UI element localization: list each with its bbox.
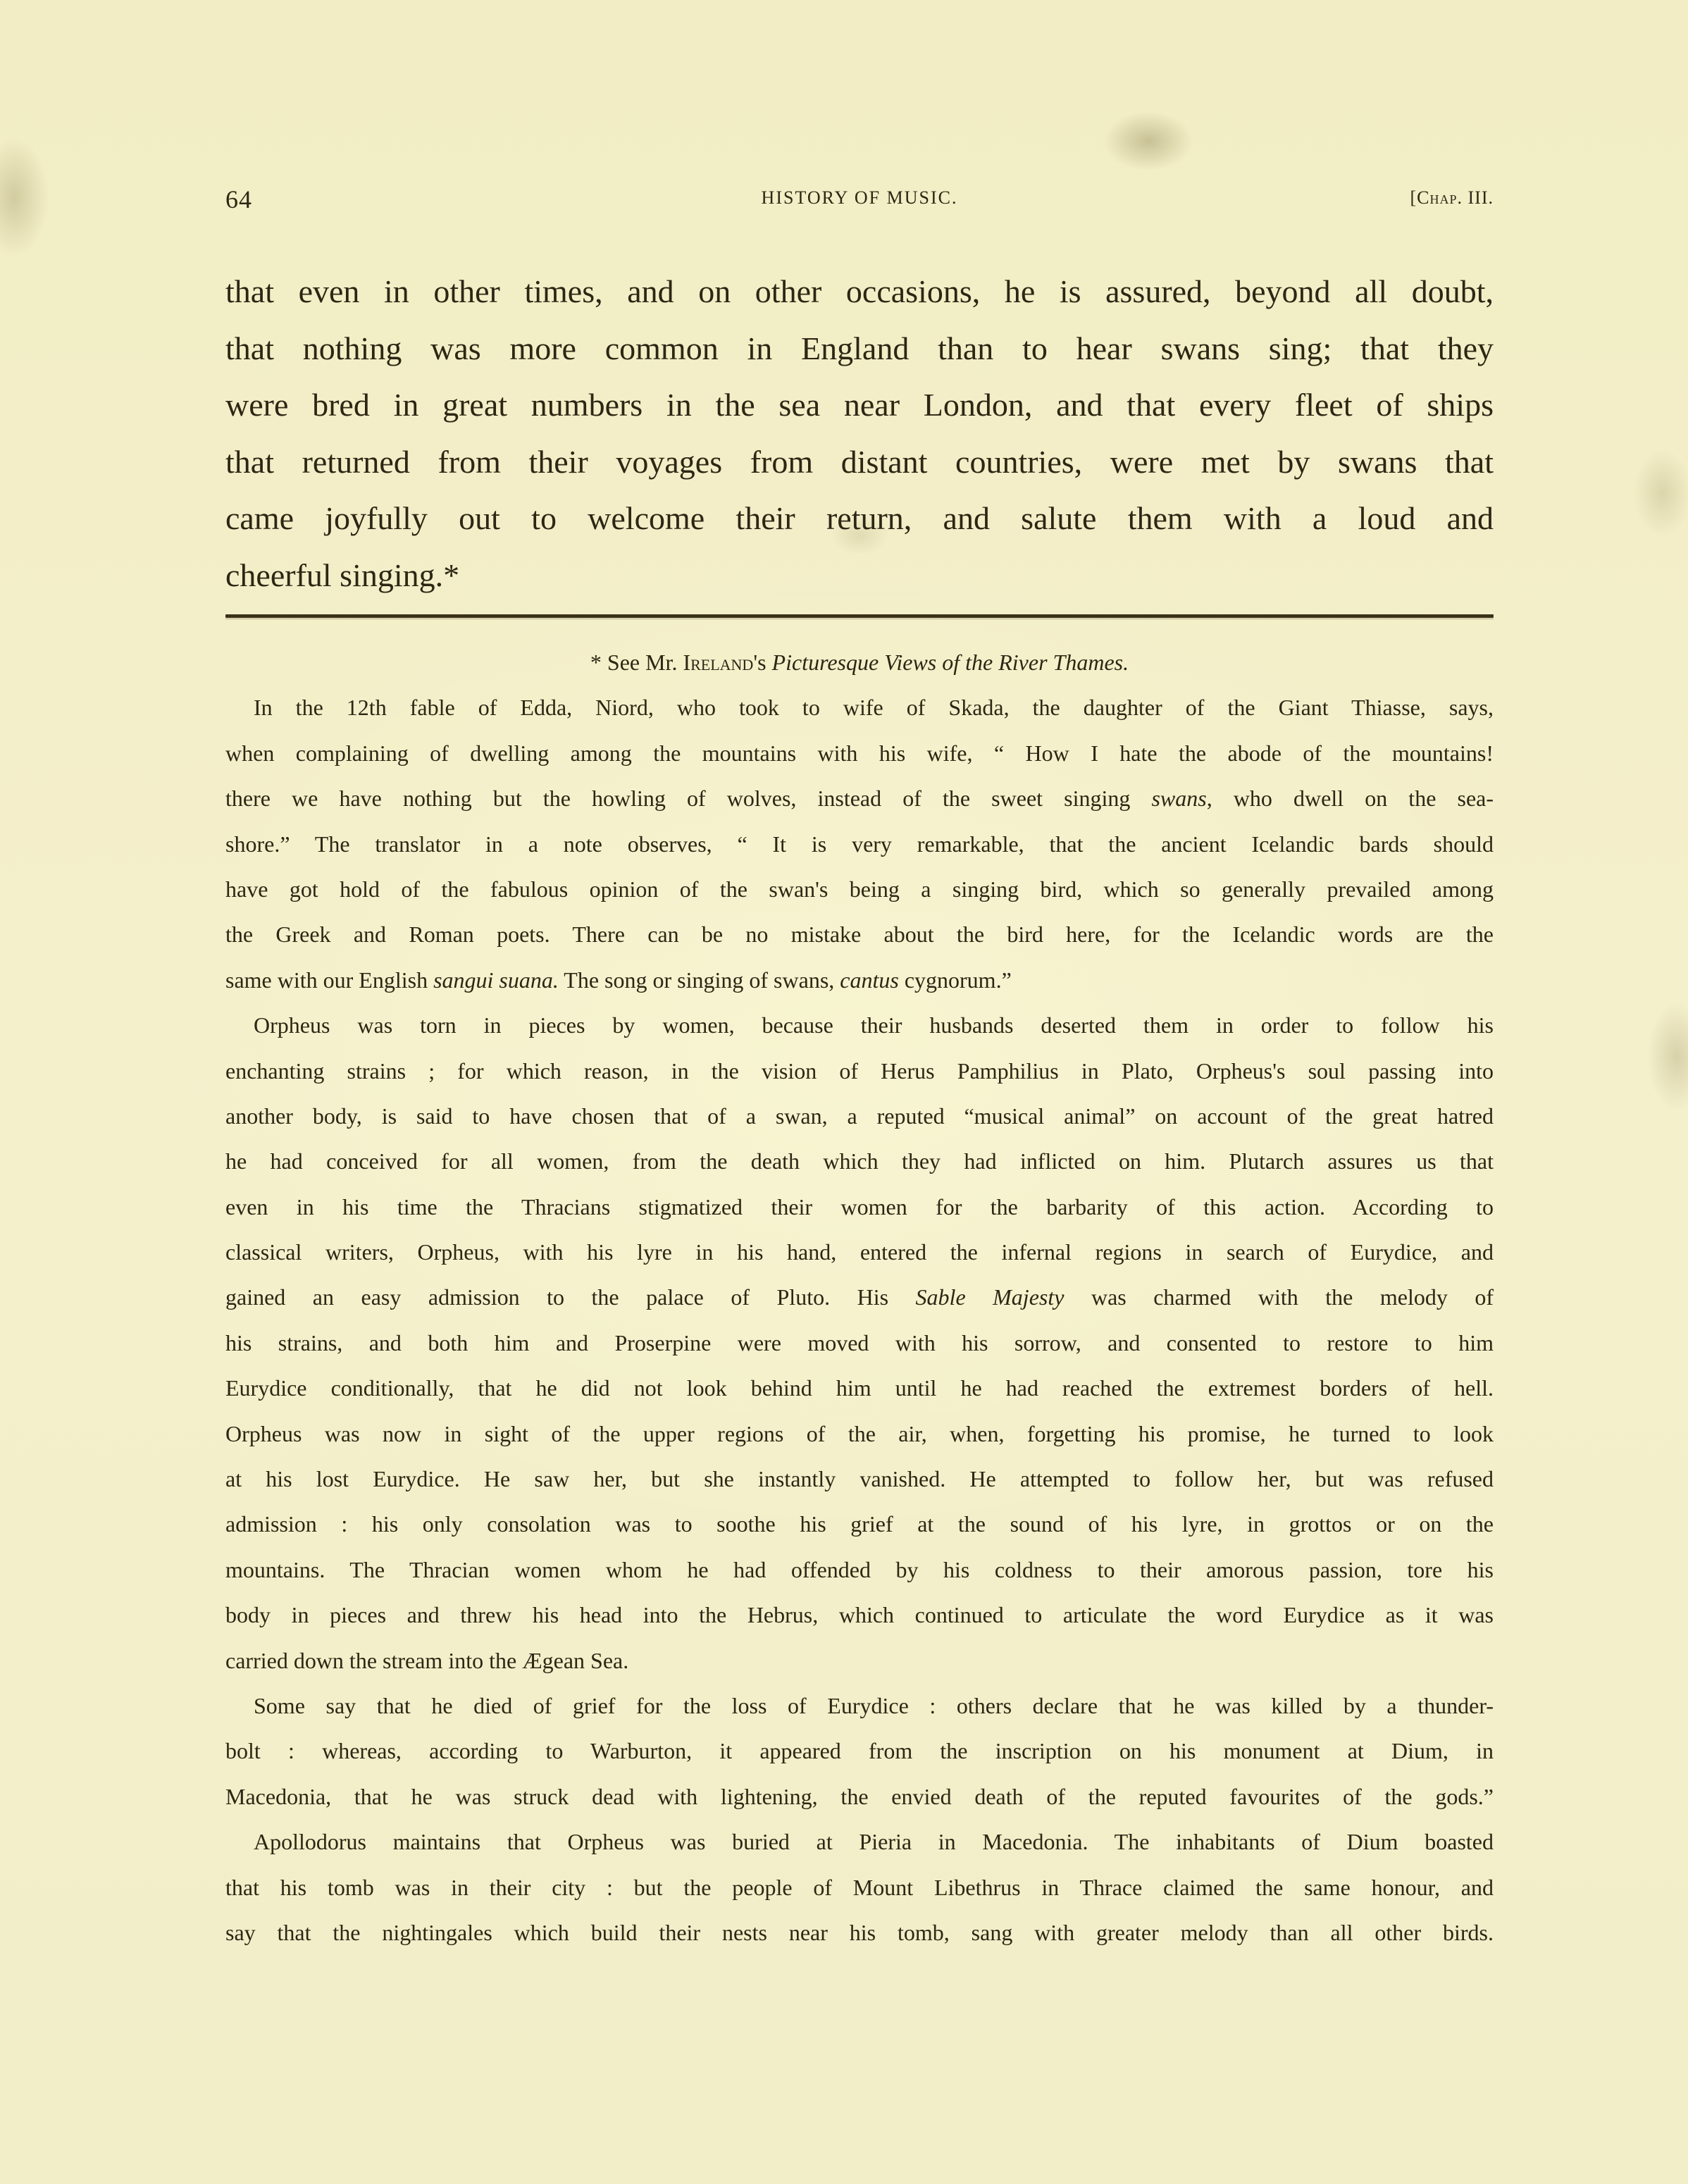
footnote-line: In the 12th fable of Edda, Niord, who to…: [225, 685, 1494, 730]
footnote-line: gained an easy admission to the palace o…: [225, 1274, 1494, 1320]
text-run: same with our English: [225, 967, 433, 993]
footnote-line: he had conceived for all women, from the…: [225, 1138, 1494, 1184]
footnote-line: say that the nightingales which build th…: [225, 1910, 1494, 1955]
footnotes: * See Mr. Ireland's Picturesque Views of…: [225, 640, 1494, 1955]
footnote-line: Orpheus was torn in pieces by women, bec…: [225, 1003, 1494, 1048]
italic-term: cantus: [840, 967, 899, 993]
footnote-line: same with our English sangui suana. The …: [225, 957, 1494, 1003]
chapter-label: Chap.: [1417, 187, 1463, 208]
text-run: gained an easy admission to the palace o…: [225, 1284, 916, 1310]
footnote-line: Eurydice conditionally, that he did not …: [225, 1365, 1494, 1410]
running-head: 64 HISTORY OF MUSIC. [Chap. III.: [225, 185, 1494, 213]
text-run: there we have nothing but the howling of…: [225, 786, 1151, 811]
footnote-divider-rule: [225, 614, 1494, 618]
footnote-line: Orpheus was now in sight of the upper re…: [225, 1411, 1494, 1456]
footnote-line: another body, is said to have chosen tha…: [225, 1093, 1494, 1138]
chapter-bracket: [: [1410, 187, 1417, 208]
body-line: that nothing was more common in England …: [225, 321, 1494, 378]
footnote-line: enchanting strains ; for which reason, i…: [225, 1048, 1494, 1093]
main-body-text: that even in other times, and on other o…: [225, 263, 1494, 604]
footnote-author: Ireland: [683, 650, 753, 675]
text-run: , who dwell on the sea-: [1207, 786, 1494, 811]
footnote-line: have got hold of the fabulous opinion of…: [225, 867, 1494, 912]
footnote-line: there we have nothing but the howling of…: [225, 776, 1494, 821]
footnote-line: carried down the stream into the Ægean S…: [225, 1638, 1494, 1683]
footnote-line: classical writers, Orpheus, with his lyr…: [225, 1229, 1494, 1274]
italic-term: sangui suana.: [433, 967, 559, 993]
footnote-marker: * See Mr.: [590, 650, 683, 675]
footnote-line: shore.” The translator in a note observe…: [225, 821, 1494, 867]
chapter-number: III.: [1463, 187, 1494, 208]
text-run: cygnorum.”: [899, 967, 1012, 993]
body-line: that even in other times, and on other o…: [225, 263, 1494, 321]
book-title: HISTORY OF MUSIC.: [225, 187, 1494, 209]
italic-term: Sable Majesty: [916, 1284, 1065, 1310]
footnote-line: the Greek and Roman poets. There can be …: [225, 912, 1494, 957]
footnote-line: when complaining of dwelling among the m…: [225, 731, 1494, 776]
footnote-line: Apollodorus maintains that Orpheus was b…: [225, 1819, 1494, 1864]
chapter-reference: [Chap. III.: [1410, 187, 1494, 209]
footnote-reference: * See Mr. Ireland's Picturesque Views of…: [225, 640, 1494, 685]
body-line: came joyfully out to welcome their retur…: [225, 490, 1494, 547]
text-run: The song or singing of swans,: [559, 967, 840, 993]
footnote-line: admission : his only consolation was to …: [225, 1501, 1494, 1546]
footnote-line: Macedonia, that he was struck dead with …: [225, 1774, 1494, 1819]
text-run: was charmed with the melody of: [1064, 1284, 1494, 1310]
footnote-line: his strains, and both him and Proserpine…: [225, 1320, 1494, 1365]
book-page: 64 HISTORY OF MUSIC. [Chap. III. that ev…: [225, 0, 1494, 2184]
footnote-line: even in his time the Thracians stigmatiz…: [225, 1184, 1494, 1229]
footnote-line: that his tomb was in their city : but th…: [225, 1865, 1494, 1910]
footnote-possessive: 's: [753, 650, 771, 675]
footnote-line: body in pieces and threw his head into t…: [225, 1592, 1494, 1637]
italic-term: swans: [1151, 786, 1206, 811]
footnote-line: Some say that he died of grief for the l…: [225, 1683, 1494, 1728]
body-line: cheerful singing.*: [225, 547, 1494, 604]
footnote-line: mountains. The Thracian women whom he ha…: [225, 1547, 1494, 1592]
footnote-line: bolt : whereas, according to Warburton, …: [225, 1728, 1494, 1773]
body-line: were bred in great numbers in the sea ne…: [225, 377, 1494, 434]
body-line: that returned from their voyages from di…: [225, 434, 1494, 491]
footnote-line: at his lost Eurydice. He saw her, but sh…: [225, 1456, 1494, 1501]
footnote-work-title: Picturesque Views of the River Thames.: [772, 650, 1129, 675]
